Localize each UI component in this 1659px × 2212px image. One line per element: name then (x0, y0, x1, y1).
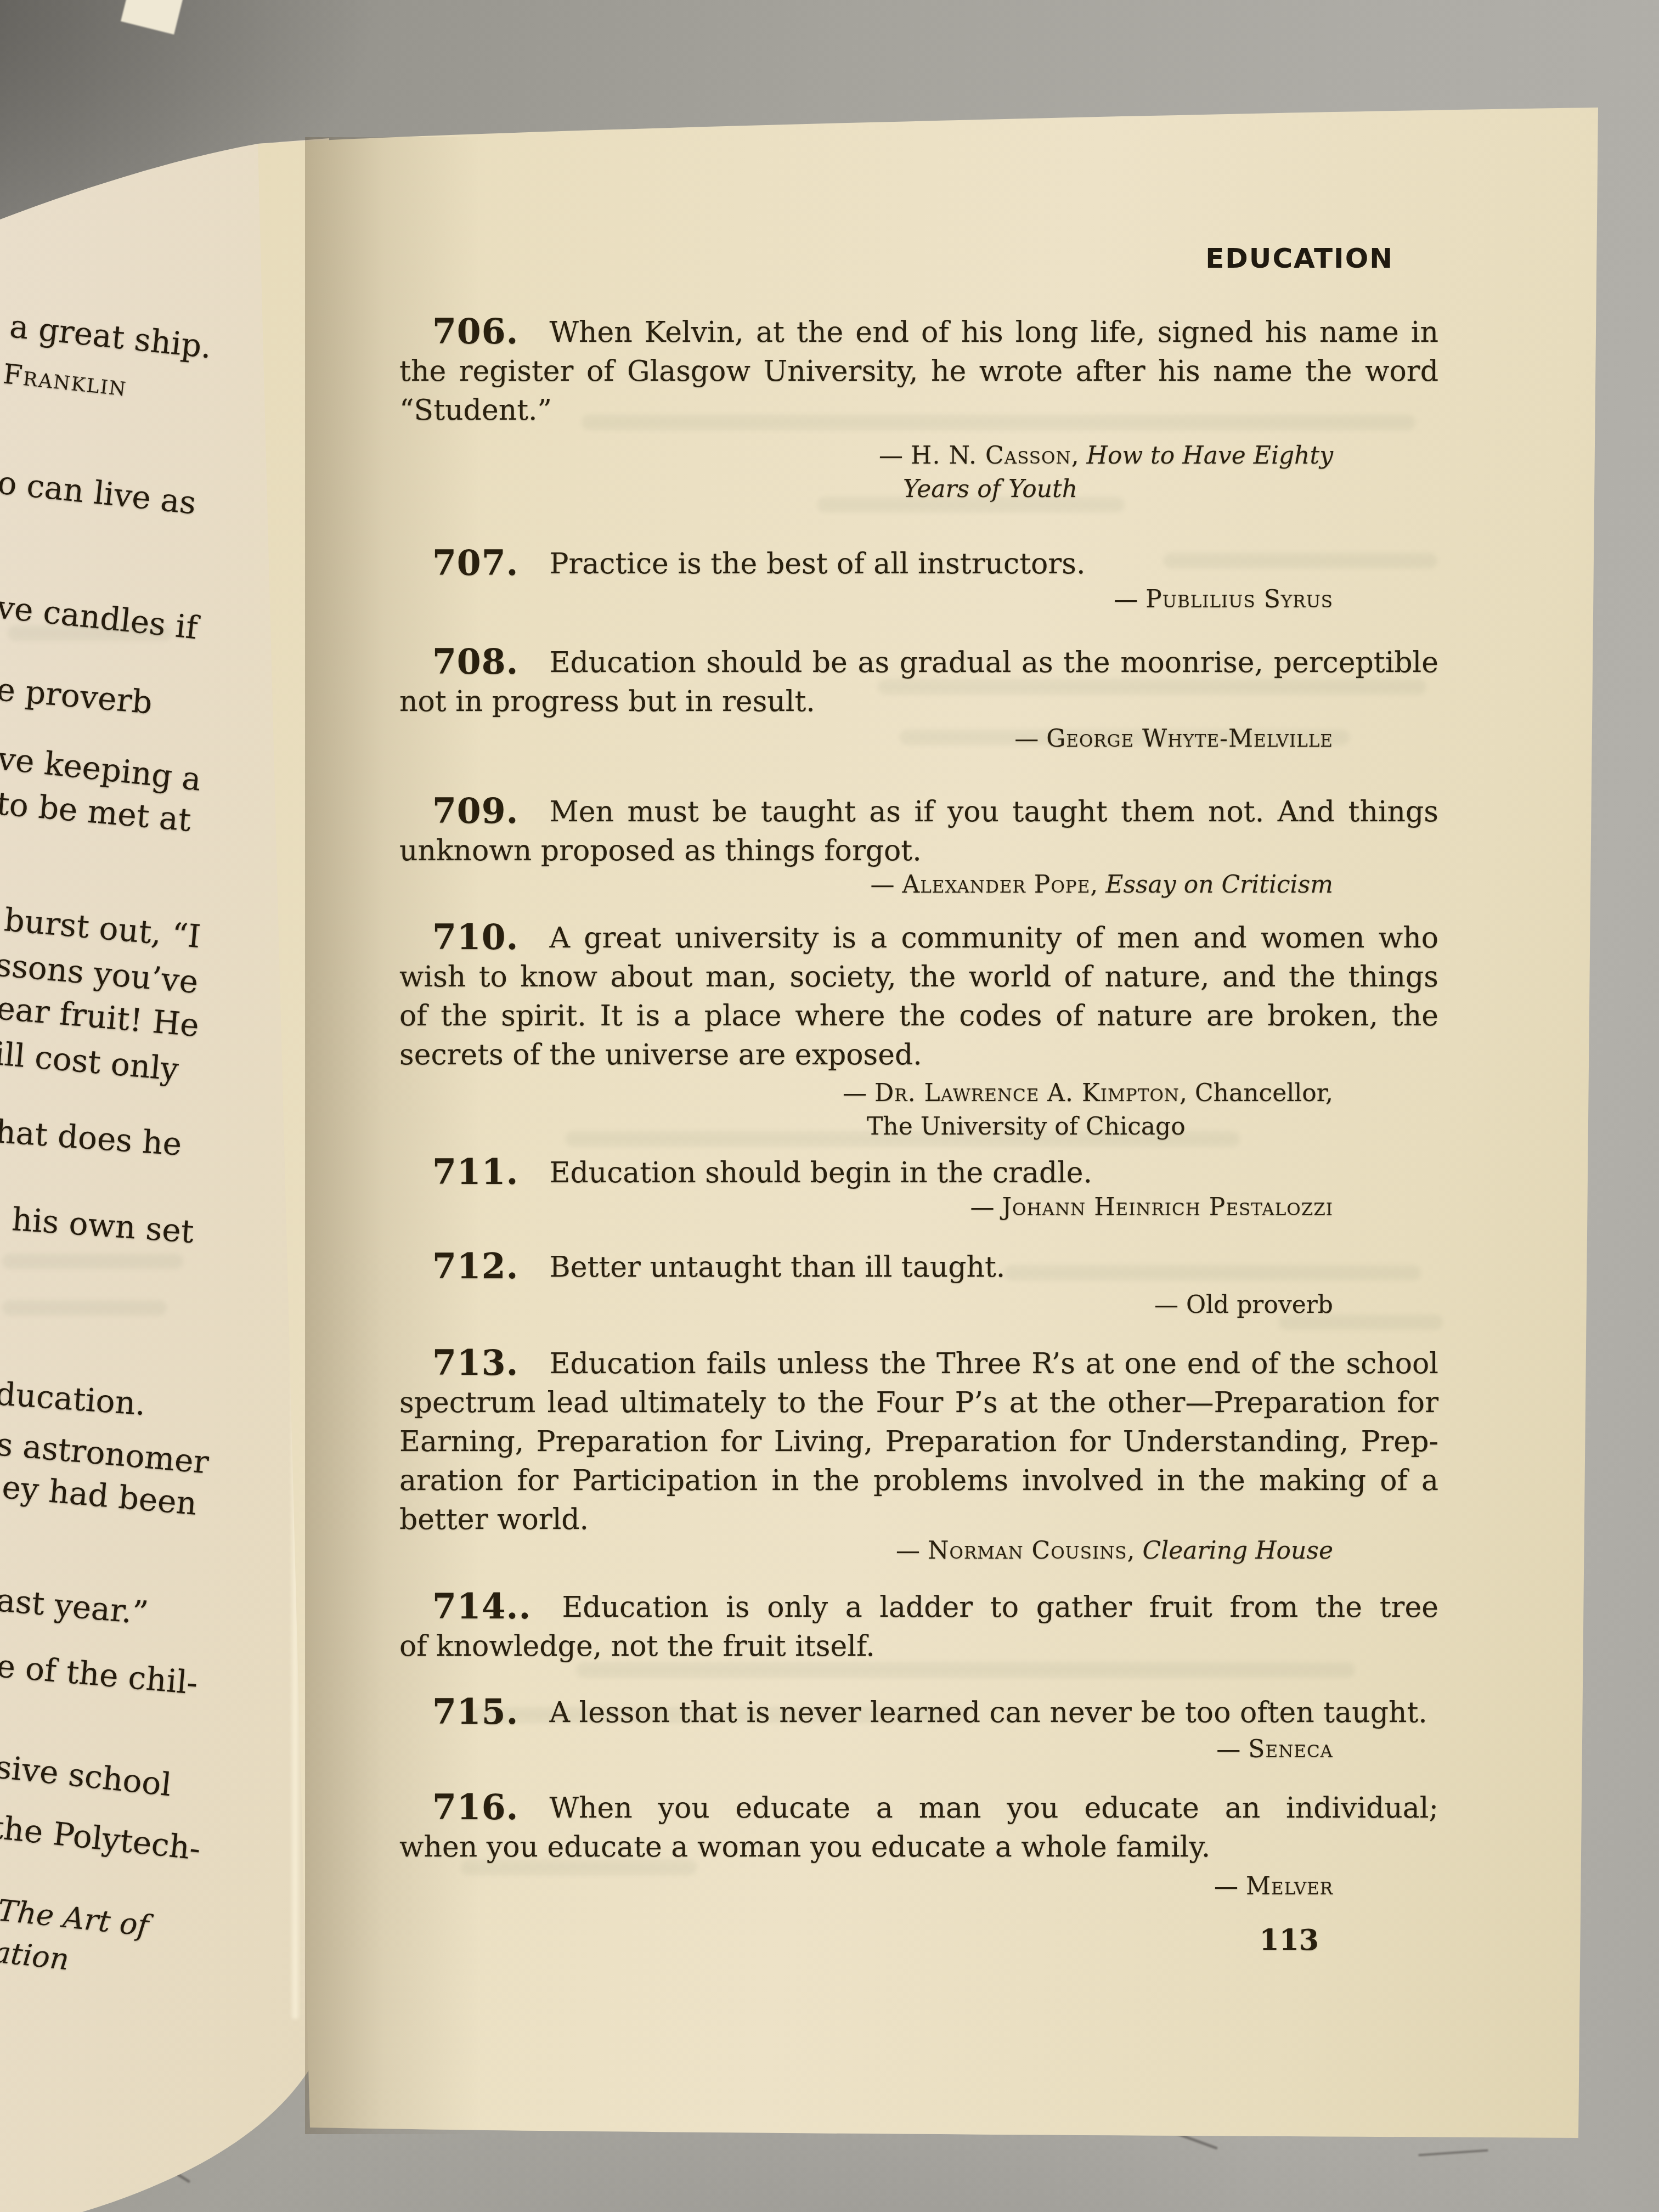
left-page-fragment: e proverb (0, 670, 154, 721)
quote-line: 708.Education should be as gradual as th… (399, 641, 1438, 682)
quote-block: 716.When you educate a man you educate a… (399, 1786, 1438, 1867)
quote-attribution: — Publilius Syrus (1114, 583, 1333, 616)
quote-attribution: — Old proverb (1154, 1288, 1333, 1322)
attribution-text: — (970, 1193, 1002, 1221)
quote-line: 706.When Kelvin, at the end of his long … (399, 311, 1438, 352)
attribution-line: The University of Chicago (843, 1110, 1333, 1143)
attribution-name: Dr. Lawrence A. Kimpton (874, 1079, 1180, 1107)
left-page-fragment: ducation. (0, 1375, 147, 1423)
left-page-fragment: The Art of (0, 1893, 150, 1943)
left-page-fragment: a great ship. (8, 307, 213, 365)
quote-attribution: — Alexander Pope, Essay on Criticism (871, 868, 1334, 901)
quotes-container: 706.When Kelvin, at the end of his long … (399, 0, 1438, 2212)
attribution-line: — Old proverb (1154, 1288, 1333, 1322)
quote-attribution: — H. N. Casson, How to Have EightyYears … (879, 439, 1333, 506)
quote-line: 709.Men must be taught as if you taught … (399, 790, 1438, 832)
attribution-text: , (1071, 442, 1087, 470)
ghost-text-line (2, 1254, 183, 1269)
ghost-text-line (2, 1300, 167, 1316)
attribution-text: — (843, 1079, 874, 1107)
quote-line: 712.Better untaught than ill taught. (399, 1245, 1438, 1287)
quote-number: 709. (432, 791, 518, 831)
left-page-fragment: sive school (0, 1748, 173, 1803)
quote-block: 712.Better untaught than ill taught. (399, 1245, 1438, 1287)
attribution-source: How to Have Eighty (1087, 442, 1333, 470)
left-page-fragment: hat does he (0, 1113, 183, 1163)
quote-block: 710.A great university is a community of… (399, 916, 1438, 1075)
quote-line: when you educate a woman you educate a w… (399, 1828, 1438, 1867)
quote-number: 715. (432, 1691, 518, 1732)
quote-line: 711.Education should begin in the cradle… (399, 1151, 1438, 1193)
quote-block: 707.Practice is the best of all instruct… (399, 542, 1438, 584)
left-page-fragment: Franklin (2, 358, 129, 402)
ghost-text-line (8, 625, 172, 641)
left-page-fragment: ill cost only (0, 1035, 180, 1088)
attribution-text: — (1216, 1735, 1248, 1763)
attribution-source: Clearing House (1143, 1537, 1333, 1565)
attribution-text: — (1214, 1872, 1246, 1900)
left-page-fragment: ast year.” (0, 1581, 150, 1632)
left-page-fragment: his own set (11, 1200, 195, 1250)
page-number: 113 (1259, 1923, 1319, 1957)
quote-line: unknown proposed as things forgot. (399, 832, 1438, 871)
quote-block: 711.Education should begin in the cradle… (399, 1151, 1438, 1193)
attribution-line: — Seneca (1216, 1733, 1333, 1766)
quote-block: 709.Men must be taught as if you taught … (399, 790, 1438, 871)
quote-line: 714..Education is only a ladder to gathe… (399, 1585, 1438, 1627)
quote-number: 710. (432, 917, 518, 957)
quote-line: “Student.” (399, 391, 1438, 430)
quote-attribution: — George Whyte-Melville (1014, 722, 1333, 755)
quote-line: 710.A great university is a community of… (399, 916, 1438, 958)
book-photo: a great ship.Franklino can live asve can… (0, 0, 1659, 2212)
attribution-text: The University of Chicago (867, 1113, 1186, 1141)
attribution-line: — Alexander Pope, Essay on Criticism (871, 868, 1334, 901)
attribution-text: — (879, 442, 911, 470)
quote-number: 712. (432, 1246, 518, 1286)
quote-attribution: — Johann Heinrich Pestalozzi (970, 1190, 1333, 1224)
quote-line: not in progress but in result. (399, 682, 1438, 721)
attribution-text: , (1090, 871, 1105, 899)
left-page-fragment: o can live as (0, 464, 198, 522)
attribution-text: — (871, 871, 902, 899)
left-page-fragment: ation (0, 1934, 71, 1977)
attribution-text: — (1014, 725, 1046, 753)
quote-line: the register of Glasgow University, he w… (399, 352, 1438, 391)
quote-number: 711. (432, 1152, 518, 1192)
attribution-name: Publilius Syrus (1145, 585, 1333, 613)
quote-line: of the spirit. It is a place where the c… (399, 997, 1438, 1036)
attribution-line: — Melver (1214, 1870, 1333, 1903)
quote-line: 713.Education fails unless the Three R’s… (399, 1342, 1438, 1384)
quote-line: aration for Participation in the problem… (399, 1462, 1438, 1500)
attribution-line: — Norman Cousins, Clearing House (896, 1534, 1333, 1567)
attribution-text: — (1154, 1291, 1186, 1319)
quote-attribution: — Melver (1214, 1870, 1333, 1903)
attribution-line: — George Whyte-Melville (1014, 722, 1333, 755)
left-page-fragment: the Polytech- (0, 1808, 202, 1867)
quote-number: 707. (432, 543, 518, 583)
quote-block: 714..Education is only a ladder to gathe… (399, 1585, 1438, 1666)
quote-attribution: — Seneca (1216, 1733, 1333, 1766)
attribution-text: , Chancellor, (1180, 1079, 1333, 1107)
attribution-line: — H. N. Casson, How to Have Eighty (879, 439, 1333, 472)
quote-attribution: — Dr. Lawrence A. Kimpton, Chancellor,Th… (843, 1076, 1333, 1143)
quote-attribution: — Norman Cousins, Clearing House (896, 1534, 1333, 1567)
quote-line: wish to know about man, society, the wor… (399, 958, 1438, 997)
quote-line: spectrum lead ultimately to the Four P’s… (399, 1384, 1438, 1423)
left-page-fragment: e of the chil- (0, 1647, 199, 1702)
quote-line: 707.Practice is the best of all instruct… (399, 542, 1438, 584)
quote-line: of knowledge, not the fruit itself. (399, 1627, 1438, 1666)
attribution-name: Alexander Pope (902, 871, 1091, 899)
attribution-name: Norman Cousins (928, 1537, 1127, 1565)
attribution-name: Melver (1246, 1872, 1333, 1900)
attribution-text: Old proverb (1186, 1291, 1333, 1319)
attribution-name: Seneca (1248, 1735, 1333, 1763)
quote-line: 715.A lesson that is never learned can n… (399, 1691, 1438, 1733)
attribution-text: — (1114, 585, 1145, 613)
quote-number: 716. (432, 1787, 518, 1827)
quote-line: Earning, Preparation for Living, Prepara… (399, 1423, 1438, 1462)
attribution-name: Johann Heinrich Pestalozzi (1002, 1193, 1333, 1221)
quote-line: secrets of the universe are exposed. (399, 1036, 1438, 1075)
attribution-source: Years of Youth (903, 475, 1077, 503)
attribution-line: — Publilius Syrus (1114, 583, 1333, 616)
quote-block: 715.A lesson that is never learned can n… (399, 1691, 1438, 1733)
attribution-name: H. N. Casson (911, 442, 1071, 470)
attribution-text: , (1127, 1537, 1143, 1565)
quote-number: 706. (432, 311, 518, 352)
attribution-line: — Johann Heinrich Pestalozzi (970, 1190, 1333, 1224)
quote-block: 708.Education should be as gradual as th… (399, 641, 1438, 721)
quote-line: 716.When you educate a man you educate a… (399, 1786, 1438, 1828)
quote-number: 713. (432, 1342, 518, 1383)
attribution-line: — Dr. Lawrence A. Kimpton, Chancellor, (843, 1076, 1333, 1110)
quote-number: 714.. (432, 1586, 531, 1627)
quote-block: 713.Education fails unless the Three R’s… (399, 1342, 1438, 1539)
attribution-name: George Whyte-Melville (1046, 725, 1333, 753)
attribution-line: Years of Youth (879, 472, 1333, 506)
quote-block: 706.When Kelvin, at the end of his long … (399, 311, 1438, 430)
quote-number: 708. (432, 641, 518, 682)
left-page-fragment: burst out, “I (3, 901, 202, 955)
attribution-text: — (896, 1537, 928, 1565)
attribution-source: Essay on Criticism (1105, 871, 1333, 899)
